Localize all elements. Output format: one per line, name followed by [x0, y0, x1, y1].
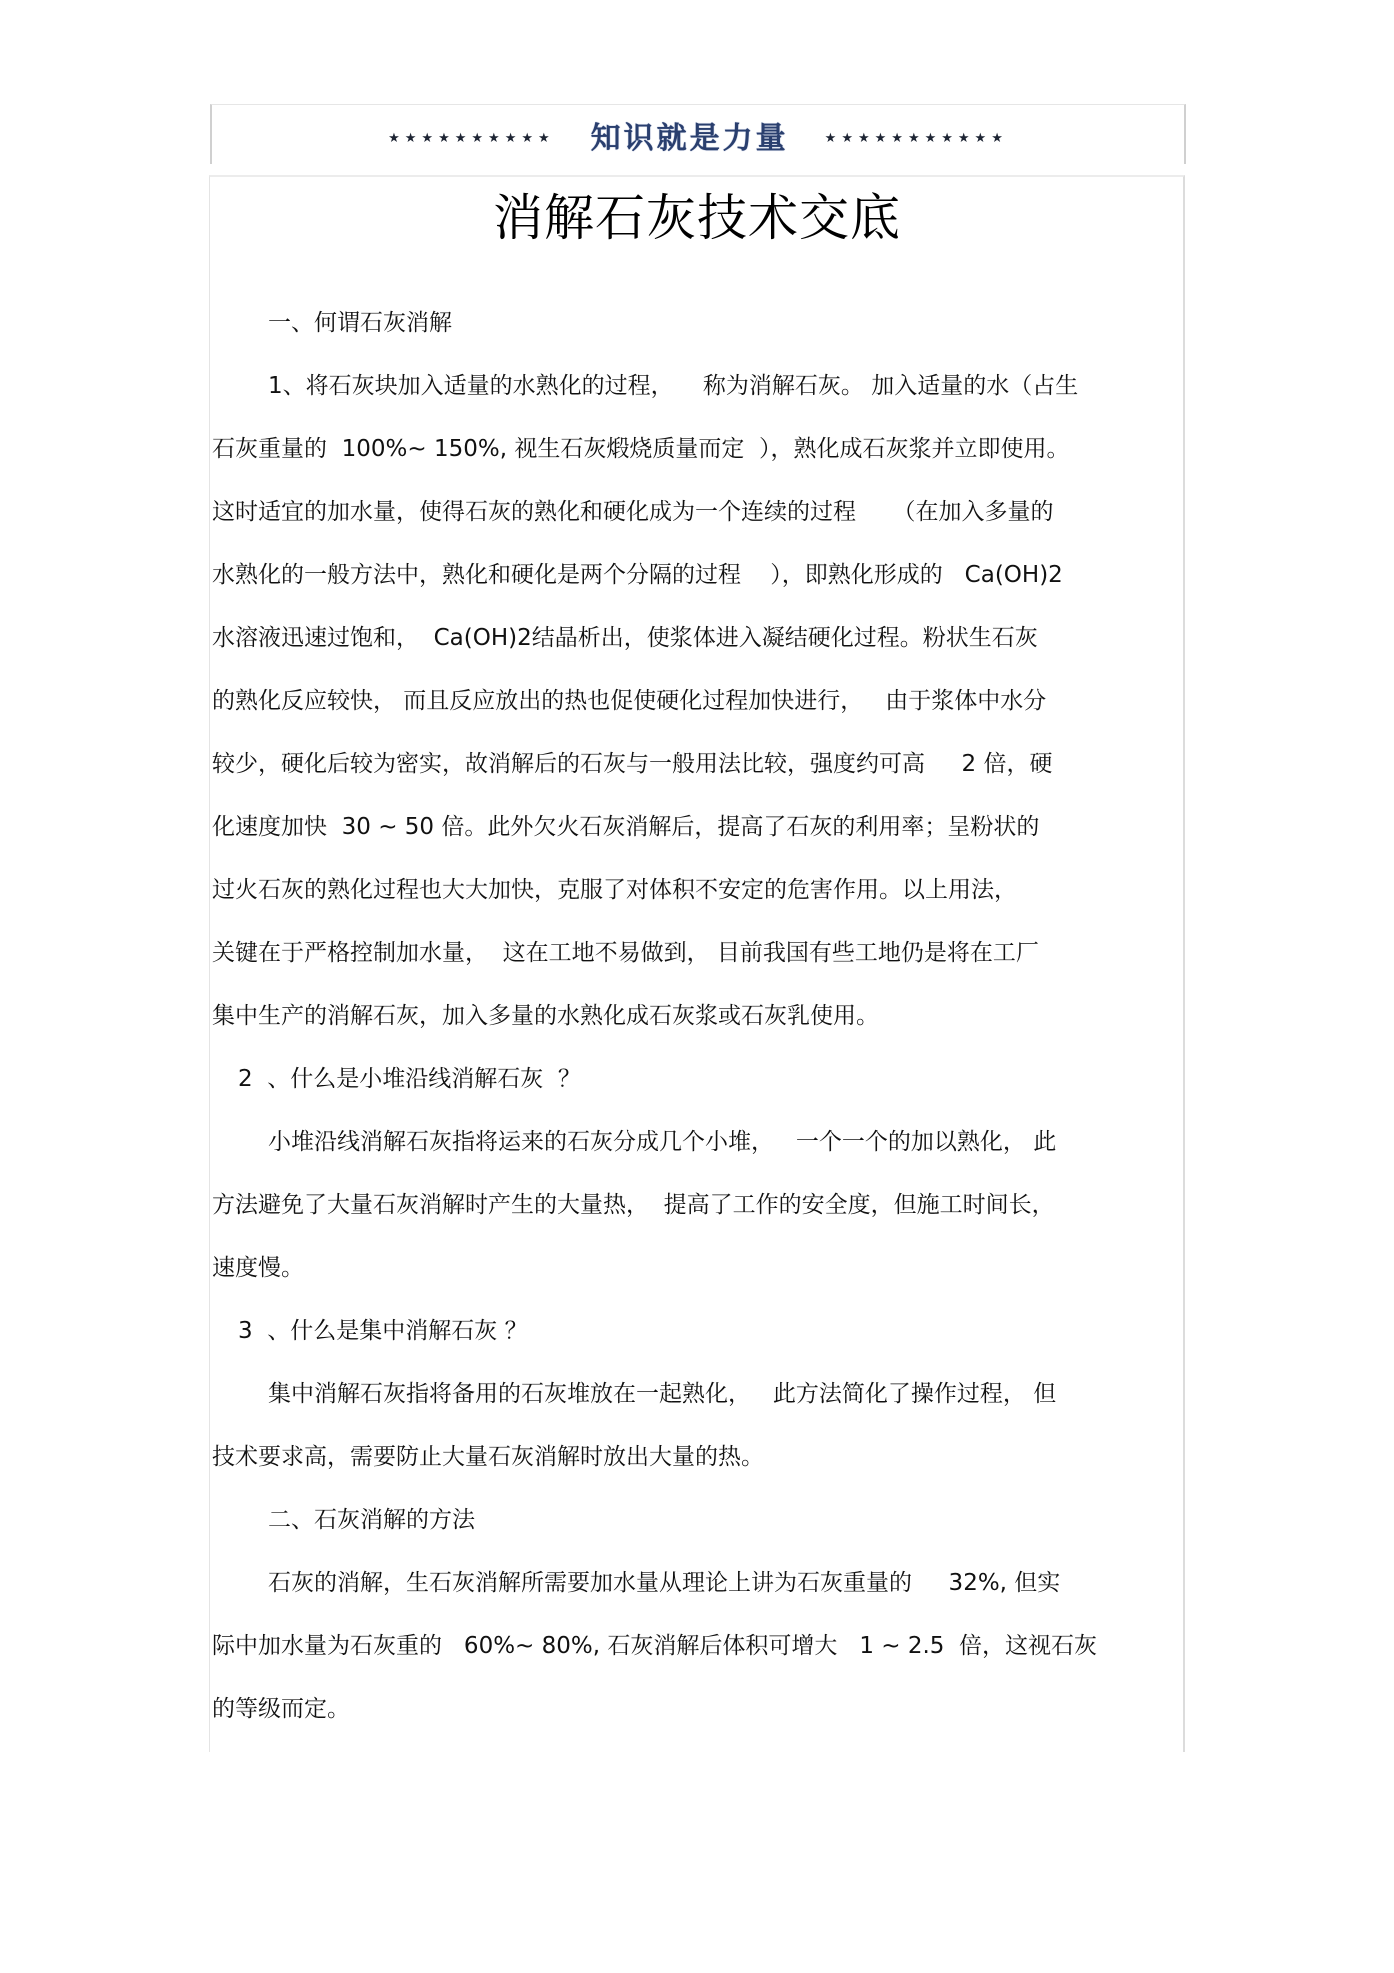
paragraph-line: 速度慢。: [212, 1253, 304, 1283]
paragraph-line: 关键在于严格控制加水量， 这在工地不易做到， 目前我国有些工地仍是将在工厂: [212, 938, 1039, 968]
paragraph-line: 较少，硬化后较为密实，故消解后的石灰与一般用法比较，强度约可高 2 倍，硬: [212, 749, 1053, 779]
paragraph-line: 际中加水量为石灰重的 60%~ 80%, 石灰消解后体积可增大 1 ~ 2.5 …: [212, 1631, 1097, 1661]
paragraph-line: 小堆沿线消解石灰指将运来的石灰分成几个小堆， 一个一个的加以熟化， 此: [268, 1127, 1056, 1157]
stars-decoration-right: ★★★★★★★★★★★: [825, 131, 1008, 146]
paragraph-line: 这时适宜的加水量，使得石灰的熟化和硬化成为一个连续的过程 （在加入多量的: [212, 497, 1054, 527]
paragraph-line: 1、将石灰块加入适量的水熟化的过程， 称为消解石灰。 加入适量的水（占生: [268, 371, 1078, 401]
paragraph-line: 水溶液迅速过饱和， Ca(OH)2结晶析出，使浆体进入凝结硬化过程。粉状生石灰: [212, 623, 1038, 653]
document-title: 消解石灰技术交底: [0, 178, 1394, 250]
question-heading: 3 、什么是集中消解石灰 ？: [238, 1316, 528, 1346]
question-heading: 2 、什么是小堆沿线消解石灰 ？: [238, 1064, 581, 1094]
section-heading: 二、石灰消解的方法: [268, 1505, 475, 1535]
paragraph-line: 石灰重量的 100%~ 150%, 视生石灰煅烧质量而定 ），熟化成石灰浆并立即…: [212, 434, 1069, 464]
paragraph-line: 集中生产的消解石灰，加入多量的水熟化成石灰浆或石灰乳使用。: [212, 1001, 879, 1031]
header-banner: ★★★★★★★★★★ 知识就是力量 ★★★★★★★★★★★: [210, 104, 1186, 164]
section-heading: 一、何谓石灰消解: [268, 308, 452, 338]
paragraph-line: 集中消解石灰指将备用的石灰堆放在一起熟化， 此方法简化了操作过程， 但: [268, 1379, 1056, 1409]
paragraph-line: 过火石灰的熟化过程也大大加快，克服了对体积不安定的危害作用。以上用法，: [212, 875, 1017, 905]
paragraph-line: 方法避免了大量石灰消解时产生的大量热， 提高了工作的安全度，但施工时间长，: [212, 1190, 1055, 1220]
paragraph-line: 石灰的消解，生石灰消解所需要加水量从理论上讲为石灰重量的 32%, 但实: [268, 1568, 1060, 1598]
stars-decoration-left: ★★★★★★★★★★: [388, 131, 555, 146]
banner-title: 知识就是力量: [591, 113, 789, 157]
paragraph-line: 的熟化反应较快， 而且反应放出的热也促使硬化过程加快进行， 由于浆体中水分: [212, 686, 1046, 716]
paragraph-line: 水熟化的一般方法中，熟化和硬化是两个分隔的过程 ），即熟化形成的 Ca(OH)2: [212, 560, 1063, 590]
paragraph-line: 技术要求高，需要防止大量石灰消解时放出大量的热。: [212, 1442, 764, 1472]
paragraph-line: 的等级而定。: [212, 1694, 350, 1724]
paragraph-line: 化速度加快 30 ~ 50 倍。此外欠火石灰消解后，提高了石灰的利用率；呈粉状的: [212, 812, 1039, 842]
